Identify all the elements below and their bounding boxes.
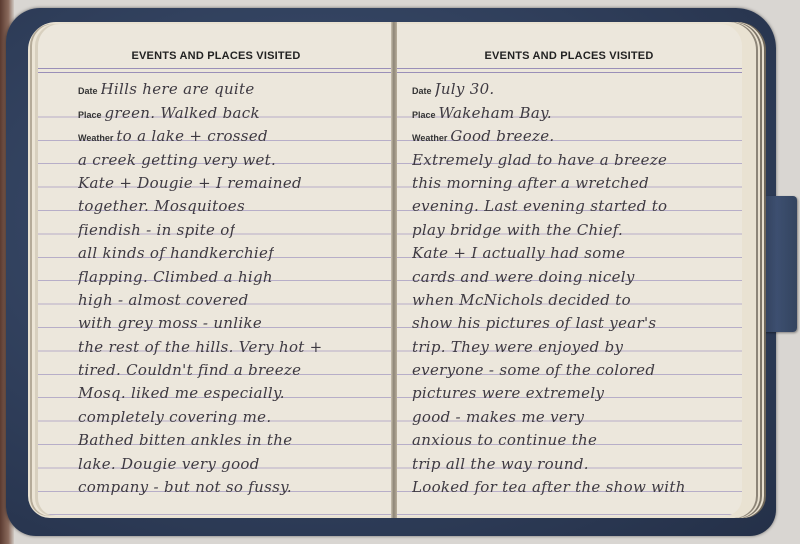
entry-line: all kinds of handkerchief [78, 240, 384, 263]
weather-label: Weather [78, 132, 113, 146]
entry-line: Mosq. liked me especially. [78, 380, 384, 403]
handwritten-text: evening. Last evening started to [412, 196, 667, 216]
entry-line: show his pictures of last year's [412, 310, 732, 333]
entry-line: tired. Couldn't find a breeze [78, 357, 384, 380]
weather-value: to a lake + crossed [116, 126, 268, 146]
weather-row: Weather to a lake + crossed [78, 123, 384, 146]
header-rule [396, 68, 742, 73]
handwritten-text: all kinds of handkerchief [78, 243, 274, 263]
handwritten-text: flapping. Climbed a high [78, 267, 273, 287]
date-label: Date [78, 85, 98, 99]
date-label: Date [412, 85, 432, 99]
entry-line: completely covering me. [78, 403, 384, 426]
handwritten-text: Extremely glad to have a breeze [412, 150, 667, 170]
handwritten-text: Kate + Dougie + I remained [78, 173, 302, 193]
entry-line: flapping. Climbed a high [78, 263, 384, 286]
handwritten-text: with grey moss - unlike [78, 313, 262, 333]
handwritten-text: trip. They were enjoyed by [412, 337, 623, 357]
handwritten-text: anxious to continue the [412, 430, 597, 450]
page-header: EVENTS AND PLACES VISITED [396, 50, 742, 62]
entry-line: trip all the way round. [412, 450, 732, 473]
handwritten-text: together. Mosquitoes [78, 196, 245, 216]
diary-entry-right: Date July 30. Place Wakeham Bay. Weather… [412, 76, 732, 497]
entry-line: evening. Last evening started to [412, 193, 732, 216]
entry-line: high - almost covered [78, 287, 384, 310]
place-value: green. Walked back [105, 103, 260, 123]
date-value: July 30. [435, 79, 495, 99]
entry-line: fiendish - in spite of [78, 216, 384, 239]
entry-line: a creek getting very wet. [78, 146, 384, 169]
handwritten-text: everyone - some of the colored [412, 360, 655, 380]
place-row: Place Wakeham Bay. [412, 99, 732, 122]
place-value: Wakeham Bay. [439, 103, 552, 123]
right-page: EVENTS AND PLACES VISITED Date July 30. … [396, 24, 742, 516]
handwritten-text: completely covering me. [78, 407, 271, 427]
header-rule [38, 68, 394, 73]
entry-line: the rest of the hills. Very hot + [78, 333, 384, 356]
entry-line: Looked for tea after the show with [412, 474, 732, 497]
entry-line: when McNichols decided to [412, 287, 732, 310]
date-value: Hills here are quite [101, 79, 255, 99]
handwritten-text: Mosq. liked me especially. [78, 383, 285, 403]
handwritten-text: Looked for tea after the show with [412, 477, 686, 497]
entry-line: pictures were extremely [412, 380, 732, 403]
entry-line: together. Mosquitoes [78, 193, 384, 216]
handwritten-text: pictures were extremely [412, 383, 604, 403]
place-row: Place green. Walked back [78, 99, 384, 122]
entry-line: good - makes me very [412, 403, 732, 426]
handwritten-text: lake. Dougie very good [78, 454, 260, 474]
entry-line: with grey moss - unlike [78, 310, 384, 333]
entry-line: anxious to continue the [412, 427, 732, 450]
handwritten-text: trip all the way round. [412, 454, 589, 474]
handwritten-text: play bridge with the Chief. [412, 220, 623, 240]
entry-line: trip. They were enjoyed by [412, 333, 732, 356]
date-row: Date July 30. [412, 76, 732, 99]
handwritten-text: company - but not so fussy. [78, 477, 292, 497]
handwritten-text: when McNichols decided to [412, 290, 631, 310]
left-page: EVENTS AND PLACES VISITED Date Hills her… [38, 24, 394, 516]
entry-line: Extremely glad to have a breeze [412, 146, 732, 169]
entry-line: this morning after a wretched [412, 170, 732, 193]
entry-line: Kate + I actually had some [412, 240, 732, 263]
weather-row: Weather Good breeze. [412, 123, 732, 146]
handwritten-text: good - makes me very [412, 407, 584, 427]
handwritten-text: the rest of the hills. Very hot + [78, 337, 323, 357]
entry-line: Kate + Dougie + I remained [78, 170, 384, 193]
entry-line: play bridge with the Chief. [412, 216, 732, 239]
handwritten-text: show his pictures of last year's [412, 313, 656, 333]
handwritten-text: Kate + I actually had some [412, 243, 625, 263]
handwritten-text: fiendish - in spite of [78, 220, 235, 240]
handwritten-text: tired. Couldn't find a breeze [78, 360, 301, 380]
place-label: Place [78, 109, 102, 123]
entry-line: company - but not so fussy. [78, 474, 384, 497]
page-header: EVENTS AND PLACES VISITED [38, 50, 394, 62]
handwritten-text: a creek getting very wet. [78, 150, 276, 170]
handwritten-text: Bathed bitten ankles in the [78, 430, 292, 450]
handwritten-text: this morning after a wretched [412, 173, 649, 193]
handwritten-text: cards and were doing nicely [412, 267, 635, 287]
weather-value: Good breeze. [450, 126, 554, 146]
clasp-strap[interactable] [757, 196, 797, 332]
weather-label: Weather [412, 132, 447, 146]
entry-line: Bathed bitten ankles in the [78, 427, 384, 450]
entry-line: lake. Dougie very good [78, 450, 384, 473]
handwritten-text: high - almost covered [78, 290, 249, 310]
date-row: Date Hills here are quite [78, 76, 384, 99]
book-spine-gutter [391, 22, 397, 518]
entry-line: everyone - some of the colored [412, 357, 732, 380]
diary-entry-left: Date Hills here are quite Place green. W… [78, 76, 384, 497]
entry-line: cards and were doing nicely [412, 263, 732, 286]
place-label: Place [412, 109, 436, 123]
